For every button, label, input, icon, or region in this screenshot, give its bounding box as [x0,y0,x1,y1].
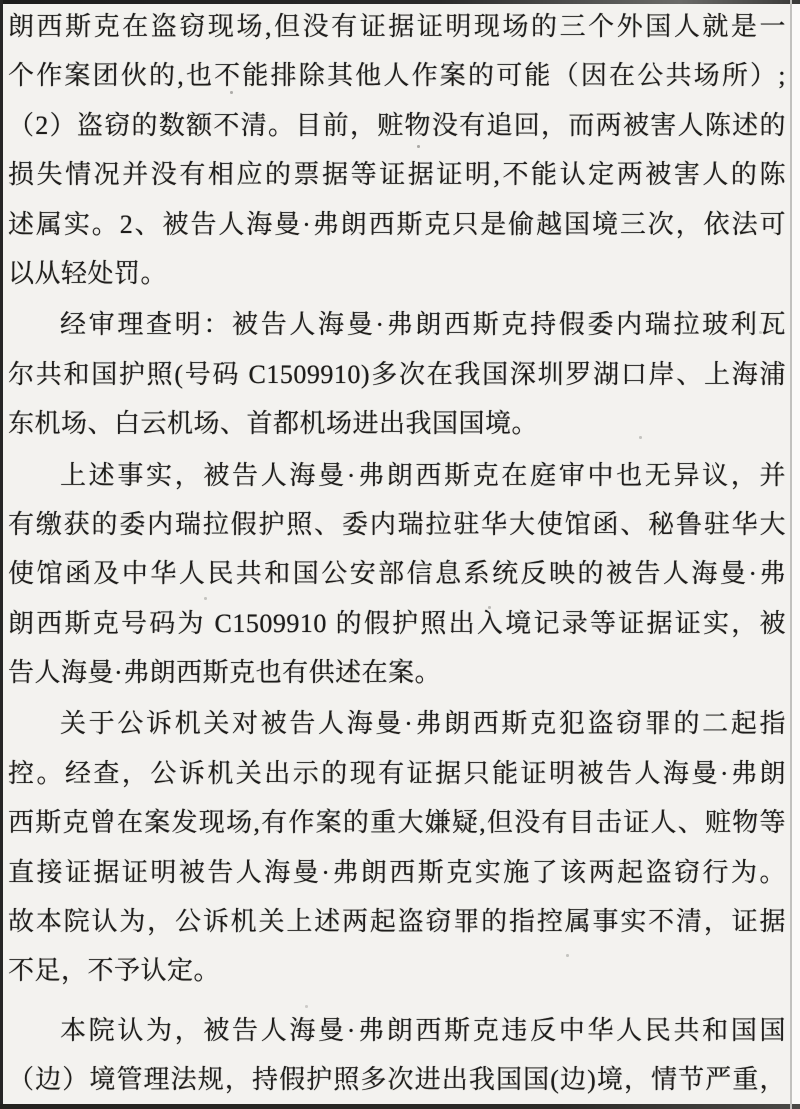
text-line: 控。经查，公诉机关出示的现有证据只能证明被告人海曼·弗朗 [8,749,786,798]
text-line: 东机场、白云机场、首都机场进出我国国境。 [8,399,786,448]
text-line: 朗西斯克在盗窃现场,但没有证据证明现场的三个外国人就是一 [8,2,786,51]
scan-right-gutter [792,0,800,1109]
text-line: 损失情况并没有相应的票据等证据证明,不能认定两被害人的陈 [8,150,786,199]
text-line: 朗西斯克号码为 C1509910 的假护照出入境记录等证据证实，被 [8,599,786,648]
paragraph-2: 经审理查明：被告人海曼·弗朗西斯克持假委内瑞拉玻利瓦 尔共和国护照(号码 C15… [8,300,786,448]
text-line: 经审理查明：被告人海曼·弗朗西斯克持假委内瑞拉玻利瓦 [8,300,786,349]
paragraph-5: 本院认为，被告人海曼·弗朗西斯克违反中华人民共和国国 （边）境管理法规，持假护照… [8,1006,786,1105]
text-line: 本院认为，被告人海曼·弗朗西斯克违反中华人民共和国国 [8,1006,786,1055]
text-line: 述属实。2、被告人海曼·弗朗西斯克只是偷越国境三次，依法可 [8,200,786,249]
text-line: 尔共和国护照(号码 C1509910)多次在我国深圳罗湖口岸、上海浦 [8,350,786,399]
document-text: 朗西斯克在盗窃现场,但没有证据证明现场的三个外国人就是一 个作案团伙的,也不能排… [8,2,786,1107]
document-page: 朗西斯克在盗窃现场,但没有证据证明现场的三个外国人就是一 个作案团伙的,也不能排… [0,0,800,1109]
text-line: 上述事实，被告人海曼·弗朗西斯克在庭审中也无异议，并 [8,451,786,500]
scan-noise [0,0,1,1]
text-line: 有缴获的委内瑞拉假护照、委内瑞拉驻华大使馆函、秘鲁驻华大 [8,500,786,549]
text-line: （边）境管理法规，持假护照多次进出我国国(边)境，情节严重， [8,1055,786,1104]
text-line: 直接证据证明被告人海曼·弗朗西斯克实施了该两起盗窃行为。 [8,848,786,897]
scan-edge-right [790,0,792,1109]
text-line: 关于公诉机关对被告人海曼·弗朗西斯克犯盗窃罪的二起指 [8,699,786,748]
scan-edge-left [0,0,3,1109]
text-line: 告人海曼·弗朗西斯克也有供述在案。 [8,648,786,697]
paragraph-4: 关于公诉机关对被告人海曼·弗朗西斯克犯盗窃罪的二起指 控。经查，公诉机关出示的现… [8,699,786,995]
text-line: 个作案团伙的,也不能排除其他人作案的可能（因在公共场所）; [8,51,786,100]
scanned-document: { "document": { "kind": "scanned court j… [0,0,800,1109]
text-line: 以从轻处罚。 [8,249,786,298]
paragraph-1: 朗西斯克在盗窃现场,但没有证据证明现场的三个外国人就是一 个作案团伙的,也不能排… [8,2,786,298]
text-line: 不足，不予认定。 [8,946,786,995]
text-line: （2）盗窃的数额不清。目前，赃物没有追回，而两被害人陈述的 [8,101,786,150]
text-line: 故本院认为，公诉机关上述两起盗窃罪的指控属事实不清，证据 [8,897,786,946]
text-line: 使馆函及中华人民共和国公安部信息系统反映的被告人海曼·弗 [8,549,786,598]
paragraph-3: 上述事实，被告人海曼·弗朗西斯克在庭审中也无异议，并 有缴获的委内瑞拉假护照、委… [8,451,786,698]
text-line: 西斯克曾在案发现场,有作案的重大嫌疑,但没有目击证人、赃物等 [8,798,786,847]
